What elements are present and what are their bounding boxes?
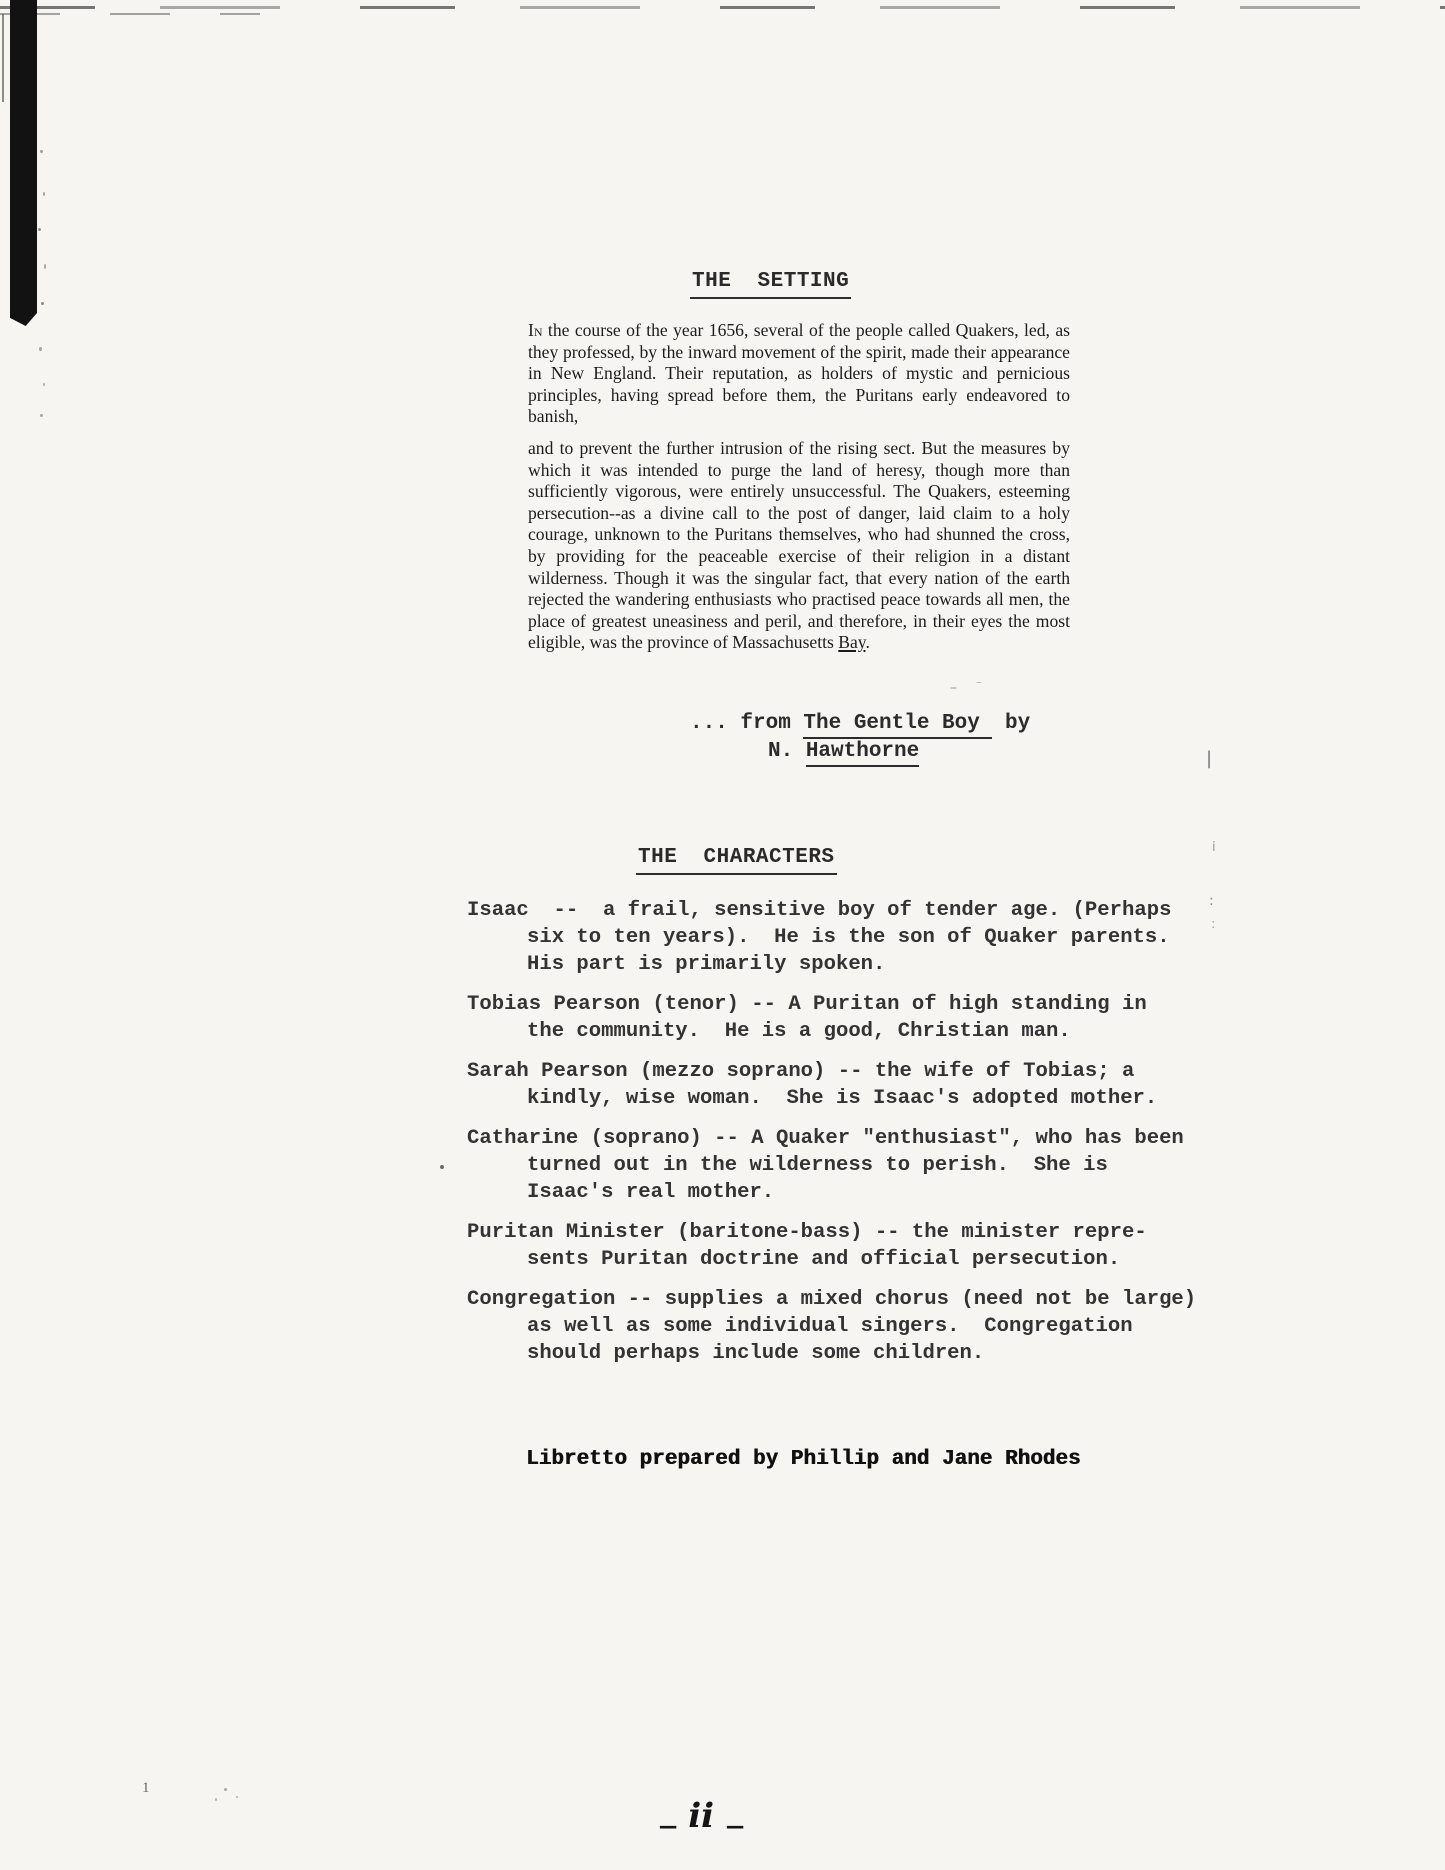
scan-pen-mark: – xyxy=(950,680,957,696)
character-entry-tobias-pearson: Tobias Pearson (tenor) -- A Puritan of h… xyxy=(467,991,1196,1045)
excerpt-lead-smallcaps: In xyxy=(528,320,543,340)
character-entry-congregation: Congregation -- supplies a mixed chorus … xyxy=(467,1286,1196,1367)
character-entry-puritan-minister: Puritan Minister (baritone-bass) -- the … xyxy=(467,1219,1196,1273)
scan-speck xyxy=(215,1798,217,1801)
character-list: Isaac -- a frail, sensitive boy of tende… xyxy=(467,897,1196,1380)
character-line: as well as some individual singers. Cong… xyxy=(467,1313,1196,1340)
attribution-author-initial: N. xyxy=(768,740,806,763)
excerpt-paragraph-1-text: the course of the year 1656, several of … xyxy=(528,320,1070,426)
scan-speck xyxy=(40,150,43,153)
attribution-title: The Gentle Boy xyxy=(803,712,992,739)
excerpt-underlined-word: Bay xyxy=(838,632,865,652)
attribution-suffix: by xyxy=(992,712,1030,735)
scan-speck xyxy=(40,414,43,417)
setting-excerpt: In the course of the year 1656, several … xyxy=(528,320,1070,664)
character-line: Isaac's real mother. xyxy=(467,1179,1196,1206)
scan-speck xyxy=(43,192,45,196)
setting-heading: THE SETTING xyxy=(690,270,851,299)
scan-pen-mark: | xyxy=(1206,748,1212,769)
character-line: six to ten years). He is the son of Quak… xyxy=(467,924,1196,951)
excerpt-paragraph-2-text: and to prevent the further intrusion of … xyxy=(528,438,1070,652)
character-entry-sarah-pearson: Sarah Pearson (mezzo soprano) -- the wif… xyxy=(467,1058,1196,1112)
page-number-left-dash: — xyxy=(660,1813,675,1843)
page-number-value: ii xyxy=(688,1798,714,1835)
scan-speck xyxy=(38,228,41,231)
character-line: should perhaps include some children. xyxy=(467,1340,1196,1367)
scan-pen-mark: : xyxy=(1209,893,1214,909)
character-line: Isaac -- a frail, sensitive boy of tende… xyxy=(467,897,1196,924)
page-number: — ii — xyxy=(660,1798,742,1843)
scanned-libretto-page: – – | i : : 1 THE SETTING In the course … xyxy=(0,0,1445,1870)
scan-speck xyxy=(41,302,44,305)
scan-speck xyxy=(43,383,45,386)
excerpt-paragraph-2: and to prevent the further intrusion of … xyxy=(528,438,1070,654)
scan-edge-artifact-top xyxy=(0,6,1445,9)
scan-speck xyxy=(236,1796,238,1798)
scan-speck xyxy=(440,1165,444,1169)
scan-pen-mark: : xyxy=(1211,917,1215,932)
attribution-line: ... from The Gentle Boy by xyxy=(690,712,1030,735)
character-line: Tobias Pearson (tenor) -- A Puritan of h… xyxy=(467,991,1196,1018)
scan-pen-mark: 1 xyxy=(142,1780,150,1797)
character-line: His part is primarily spoken. xyxy=(467,951,1196,978)
characters-heading: THE CHARACTERS xyxy=(636,846,837,875)
character-entry-catharine: Catharine (soprano) -- A Quaker "enthusi… xyxy=(467,1125,1196,1206)
character-line: the community. He is a good, Christian m… xyxy=(467,1018,1196,1045)
scan-edge-artifact-top-2 xyxy=(0,13,260,15)
page-number-right-dash: — xyxy=(727,1813,742,1843)
scan-edge-artifact-left xyxy=(2,14,4,102)
attribution-author-surname: Hawthorne xyxy=(806,740,919,767)
character-line: Sarah Pearson (mezzo soprano) -- the wif… xyxy=(467,1058,1196,1085)
excerpt-paragraph-2-tail: . xyxy=(865,632,869,652)
character-line: Puritan Minister (baritone-bass) -- the … xyxy=(467,1219,1196,1246)
attribution-author: N. Hawthorne xyxy=(768,740,919,763)
scan-speck xyxy=(39,347,42,351)
scan-pen-mark: i xyxy=(1212,840,1216,855)
character-entry-isaac: Isaac -- a frail, sensitive boy of tende… xyxy=(467,897,1196,978)
character-line: kindly, wise woman. She is Isaac's adopt… xyxy=(467,1085,1196,1112)
scan-black-bar-artifact xyxy=(10,0,37,326)
libretto-credit: Libretto prepared by Phillip and Jane Rh… xyxy=(526,1448,1081,1471)
scan-pen-mark: – xyxy=(976,675,982,689)
character-line: Catharine (soprano) -- A Quaker "enthusi… xyxy=(467,1125,1196,1152)
scan-speck xyxy=(44,264,46,269)
attribution-prefix: ... from xyxy=(690,712,803,735)
character-line: Congregation -- supplies a mixed chorus … xyxy=(467,1286,1196,1313)
scan-speck xyxy=(224,1788,227,1791)
excerpt-paragraph-1: In the course of the year 1656, several … xyxy=(528,320,1070,428)
character-line: turned out in the wilderness to perish. … xyxy=(467,1152,1196,1179)
character-line: sents Puritan doctrine and official pers… xyxy=(467,1246,1196,1273)
